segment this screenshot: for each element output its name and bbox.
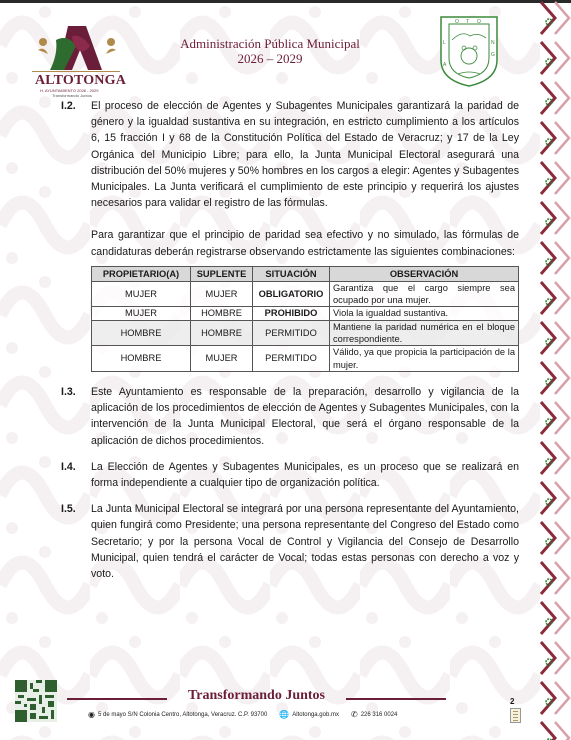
cell-suplente: HOMBRE <box>191 320 253 346</box>
logo-emblem-icon <box>28 20 126 72</box>
footer-phone: ✆ 226 316 0024 <box>351 711 397 719</box>
cell-suplente: MUJER <box>191 281 253 307</box>
svg-text:N: N <box>491 40 495 46</box>
document-page-icon <box>510 708 521 723</box>
svg-text:G: G <box>491 52 495 58</box>
footer-contact: ◉ 5 de mayo S/N Colonia Centro, Altotong… <box>88 711 397 719</box>
section-text: Este Ayuntamiento es responsable de la p… <box>91 384 519 449</box>
section-i4: I.4. La Elección de Agentes y Subagentes… <box>61 459 519 491</box>
header-title-line2: 2026 – 2029 <box>150 51 390 66</box>
footer-rule-right <box>346 698 446 700</box>
svg-text:O: O <box>477 19 481 25</box>
cell-observacion: Viola la igualdad sustantiva. <box>330 307 519 320</box>
col-situacion: SITUACIÓN <box>253 266 330 281</box>
table-row: HOMBRE HOMBRE PERMITIDO Mantiene la pari… <box>92 320 519 346</box>
col-observacion: OBSERVACIÓN <box>330 266 519 281</box>
svg-text:O: O <box>455 19 459 25</box>
header-title: Administración Pública Municipal 2026 – … <box>150 36 390 66</box>
altotonga-logo: ALTOTONGA H. AYUNTAMIENTO 2026 - 2029 Tr… <box>28 20 126 98</box>
candidacy-combinations-table: PROPIETARIO(A) SUPLENTE SITUACIÓN OBSERV… <box>91 266 519 372</box>
section-number: I.2. <box>61 98 91 211</box>
cell-propietario: HOMBRE <box>92 346 191 372</box>
svg-text:T: T <box>466 19 469 25</box>
cell-observacion: Válido, ya que propicia la participación… <box>330 346 519 372</box>
address-text: 5 de mayo S/N Colonia Centro, Altotonga,… <box>98 712 267 718</box>
header-title-line1: Administración Pública Municipal <box>150 36 390 51</box>
section-number: I.3. <box>61 384 91 449</box>
globe-icon: 🌐 <box>279 711 289 719</box>
municipal-shield-icon: O T O L N G A <box>438 14 500 88</box>
website-link[interactable]: Altotonga.gob.mx <box>292 712 339 718</box>
location-pin-icon: ◉ <box>88 711 95 719</box>
col-suplente: SUPLENTE <box>191 266 253 281</box>
section-i2: I.2. El proceso de elección de Agentes y… <box>61 98 519 211</box>
section-number: I.5. <box>61 501 91 582</box>
page-number: 2 <box>510 697 514 706</box>
cell-situacion: PERMITIDO <box>253 320 330 346</box>
logo-wordmark: ALTOTONGA <box>35 73 126 89</box>
svg-text:L: L <box>443 40 446 46</box>
cell-suplente: MUJER <box>191 346 253 372</box>
footer-address: ◉ 5 de mayo S/N Colonia Centro, Altotong… <box>88 711 267 719</box>
cell-suplente: HOMBRE <box>191 307 253 320</box>
section-i3: I.3. Este Ayuntamiento es responsable de… <box>61 384 519 449</box>
table-row: MUJER MUJER OBLIGATORIO Garantiza que el… <box>92 281 519 307</box>
cell-propietario: HOMBRE <box>92 320 191 346</box>
cell-situacion: OBLIGATORIO <box>253 281 330 307</box>
section-text: La Junta Municipal Electoral se integrar… <box>91 501 519 582</box>
phone-text: 226 316 0024 <box>361 712 398 718</box>
section-i5: I.5. La Junta Municipal Electoral se int… <box>61 501 519 582</box>
cell-observacion: Mantiene la paridad numérica en el bloqu… <box>330 320 519 346</box>
cell-situacion: PERMITIDO <box>253 346 330 372</box>
phone-icon: ✆ <box>351 711 358 719</box>
footer-website[interactable]: 🌐 Altotonga.gob.mx <box>279 711 339 719</box>
decorative-border <box>535 0 571 740</box>
cell-observacion: Garantiza que el cargo siempre sea ocupa… <box>330 281 519 307</box>
table-header-row: PROPIETARIO(A) SUPLENTE SITUACIÓN OBSERV… <box>92 266 519 281</box>
document-body: I.2. El proceso de elección de Agentes y… <box>61 98 519 582</box>
table-row: HOMBRE MUJER PERMITIDO Válido, ya que pr… <box>92 346 519 372</box>
logo-divider <box>32 71 120 72</box>
table-row: MUJER HOMBRE PROHIBIDO Viola la igualdad… <box>92 307 519 320</box>
section-text: El proceso de elección de Agentes y Suba… <box>91 98 519 211</box>
section-i2-followup: Para garantizar que el principio de pari… <box>91 227 519 259</box>
qr-code-icon[interactable] <box>15 680 57 722</box>
section-text: La Elección de Agentes y Subagentes Muni… <box>91 459 519 491</box>
cell-propietario: MUJER <box>92 281 191 307</box>
cell-propietario: MUJER <box>92 307 191 320</box>
cell-situacion: PROHIBIDO <box>253 307 330 320</box>
footer-rule-left <box>67 698 167 700</box>
section-number: I.4. <box>61 459 91 491</box>
footer-slogan: Transformando Juntos <box>170 688 343 704</box>
col-propietario: PROPIETARIO(A) <box>92 266 191 281</box>
